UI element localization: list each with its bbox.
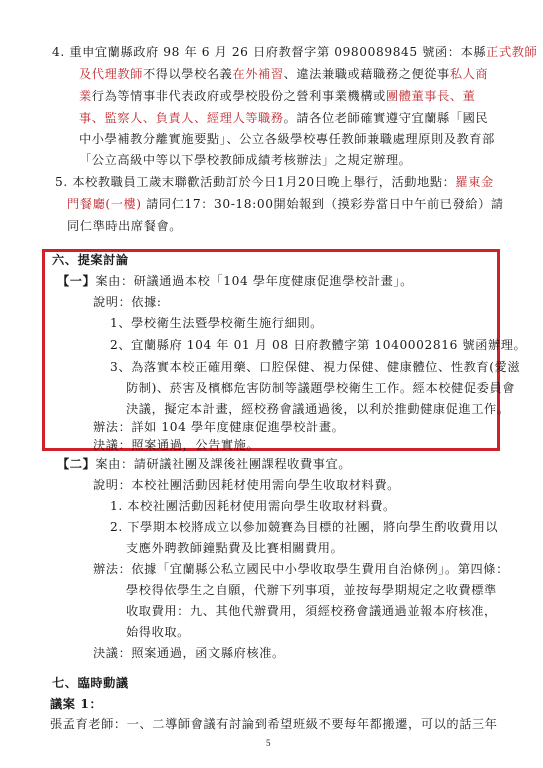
case1-point-3-cont1: 防制)、菸害及檳榔危害防制等議題學校衛生工作。經本校健促委員會 bbox=[126, 380, 515, 396]
item5-line2: 門餐廳(一樓) 請同仁17：30-18:00開始報到（摸彩券當日中午前已發給）請 bbox=[67, 196, 504, 212]
item4-line6: 「公立高級中等以下學校教師成績考核辦法」之規定辦理。 bbox=[79, 152, 411, 168]
case2-explain: 說明：本校社團活動因耗材使用需向學生收取材料費。 bbox=[93, 477, 400, 493]
case1-point-3-cont2: 決議，擬定本計畫，經校務會議通過後，以利於推動健康促進工作。 bbox=[126, 401, 510, 417]
case1-bracket: 【一】 bbox=[57, 274, 95, 288]
case1-method: 辦法：詳如 104 學年度健康促進學校計畫。 bbox=[93, 419, 344, 435]
item5-number: 5. bbox=[55, 175, 68, 189]
case2-resolution: 決議：照案通過，函文縣府核准。 bbox=[93, 645, 285, 661]
page-number: 5 bbox=[266, 738, 271, 748]
item4-line5: 中小學補教分離實施要點」、公立各級學校專任教師兼職處理原則及教育部 bbox=[79, 131, 495, 147]
item4-line2: 及代理教師不得以學校名義在外補習、違法兼職或藉職務之便從事私人商 bbox=[79, 66, 488, 82]
item4-line4: 事、監察人、負責人、經理人等職務。請各位老師確實遵守宜蘭縣「國民 bbox=[79, 110, 488, 126]
section6-heading: 六、提案討論 bbox=[52, 252, 129, 268]
case1-point-2: 2、宜蘭縣府 104 年 01 月 08 日府教體字第 1040002816 號… bbox=[110, 337, 526, 353]
case2-method-cont1: 學校得依學生之自願，代辦下列事項，並按每學期規定之收費標準 bbox=[126, 582, 497, 598]
item5-line1: 5. 本校教職員工歲末聯歡活動訂於今日1月20日晚上舉行，活動地點：羅東金 bbox=[55, 174, 494, 190]
case1-reason-line: 【一】案由：研議通過本校「104 學年度健康促進學校計畫」。 bbox=[57, 273, 413, 289]
case2-point-2: 2. 下學期本校將成立以參加競賽為目標的社團，將向學生酌收費用以 bbox=[110, 519, 498, 535]
case1-explain: 說明：依據: bbox=[93, 294, 162, 310]
motion-text: 張孟育老師：一、二導師會議有討論到希望班級不要每年都搬遷，可以的話三年 bbox=[50, 716, 498, 732]
motion-label: 議案 1： bbox=[50, 696, 102, 712]
case2-method-cont3: 始得收取。 bbox=[126, 624, 190, 640]
case1-point-3: 3、為落實本校正確用藥、口腔保健、視力保健、健康體位、性教育(愛滋 bbox=[110, 359, 520, 375]
item4-line1: 4. 重申宜蘭縣政府 98 年 6 月 26 日府教督字第 0980089845… bbox=[52, 44, 537, 60]
highlight: 正式教師 bbox=[486, 45, 537, 59]
item4-line3: 業行為等情事非代表政府或學校股份之營利事業機構或團體董事長、董 bbox=[79, 88, 475, 104]
case2-method: 辦法：依據「宜蘭縣公私立國民中小學收取學生費用自治條例」。第四條： bbox=[93, 561, 509, 577]
section7-heading: 七、臨時動議 bbox=[52, 675, 129, 691]
case1-resolution: 決議：照案通過，公告實施。 bbox=[93, 437, 259, 453]
item5-line3: 同仁準時出席餐會。 bbox=[67, 218, 182, 234]
case2-method-cont2: 收取費用：九、其他代辦費用，須經校務會議通過並報本府核准， bbox=[126, 603, 497, 619]
case2-bracket: 【二】 bbox=[57, 457, 95, 471]
case2-point-1: 1. 本校社團活動因耗材使用需向學生收取材料費。 bbox=[110, 498, 396, 514]
case2-reason-line: 【二】案由：請研議社團及課後社團課程收費事宜。 bbox=[57, 456, 351, 472]
case1-point-1: 1、學校衛生法暨學校衛生施行細則。 bbox=[110, 315, 323, 331]
item4-number: 4. bbox=[52, 45, 65, 59]
case2-point-2-cont: 支應外聘教師鐘點費及比賽相關費用。 bbox=[126, 540, 343, 556]
